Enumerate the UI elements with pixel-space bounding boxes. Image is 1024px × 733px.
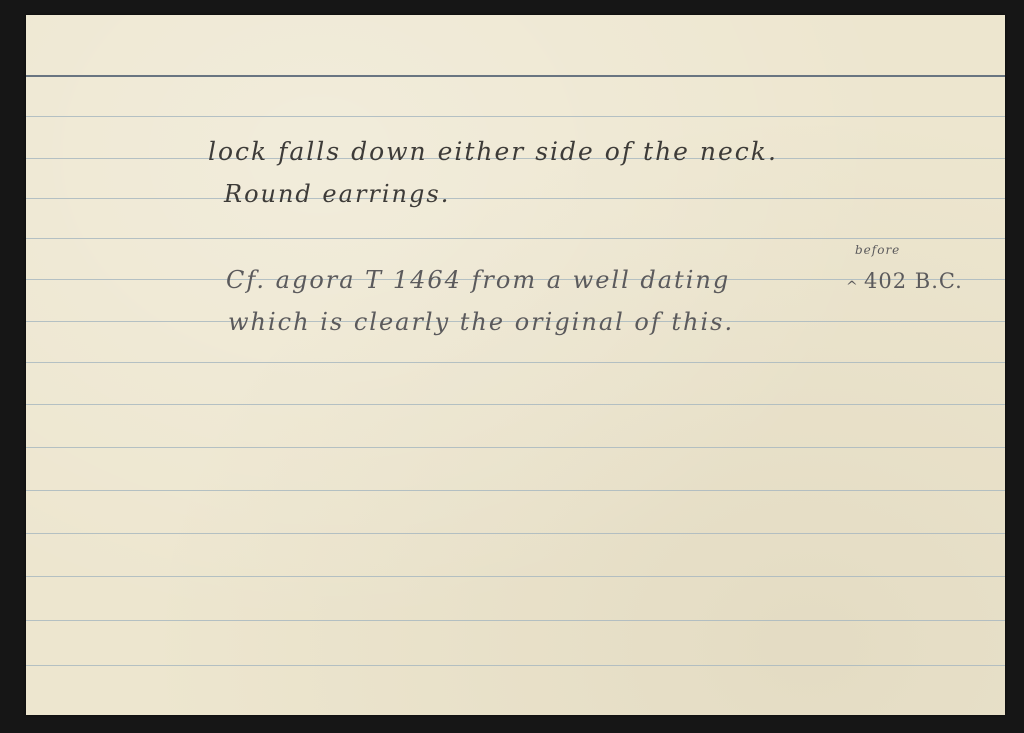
- insertion-word: before: [855, 243, 900, 257]
- handwritten-line-1: lock falls down either side of the neck.: [208, 137, 778, 166]
- header-rule: [26, 75, 1005, 77]
- ruled-line: [26, 116, 1005, 117]
- ruled-line: [26, 620, 1005, 621]
- ruled-line: [26, 404, 1005, 405]
- ruled-line: [26, 198, 1005, 199]
- handwritten-line-4: which is clearly the original of this.: [228, 308, 734, 336]
- ruled-line: [26, 665, 1005, 666]
- ruled-line: [26, 576, 1005, 577]
- insertion-caret: ^: [846, 279, 859, 295]
- ruled-line: [26, 447, 1005, 448]
- ruled-line: [26, 362, 1005, 363]
- ruled-line: [26, 533, 1005, 534]
- ruled-line: [26, 490, 1005, 491]
- handwritten-line-3: Cf. agora T 1464 from a well dating: [226, 266, 730, 294]
- handwritten-line-2: Round earrings.: [224, 180, 450, 208]
- handwritten-date: 402 B.C.: [864, 269, 963, 293]
- ruled-line: [26, 238, 1005, 239]
- index-card: lock falls down either side of the neck.…: [26, 15, 1005, 715]
